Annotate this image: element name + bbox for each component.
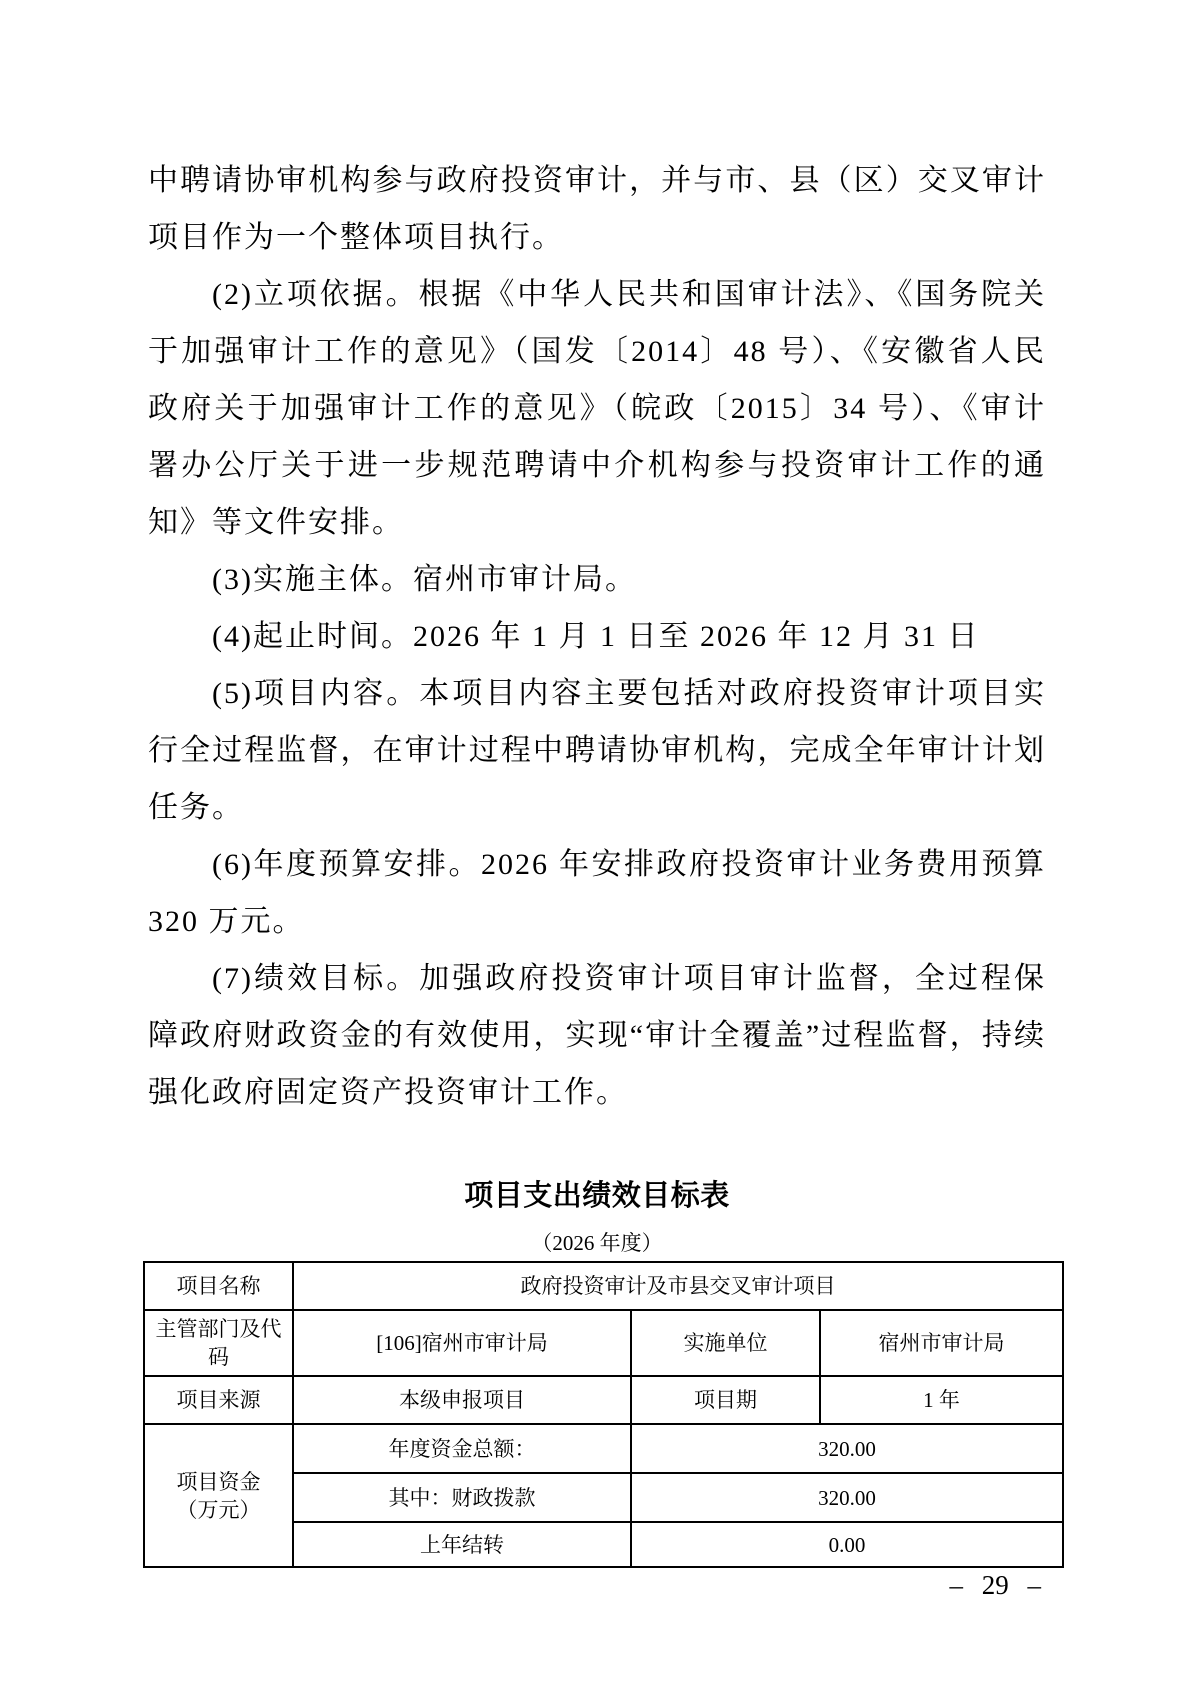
body-paragraph: (2)立项依据。根据《中华人民共和国审计法》、《国务院关于加强审计工作的意见》（… xyxy=(148,266,1046,551)
project-source-label: 项目来源 xyxy=(144,1376,293,1424)
body-paragraph: (5)项目内容。本项目内容主要包括对政府投资审计项目实行全过程监督，在审计过程中… xyxy=(148,665,1046,836)
page-number: – 29 – xyxy=(950,1570,1042,1600)
impl-unit-value: 宿州市审计局 xyxy=(820,1310,1063,1376)
body-text: 中聘请协审机构参与政府投资审计，并与市、县（区）交叉审计项目作为一个整体项目执行… xyxy=(148,152,1046,1568)
body-paragraph: (7)绩效目标。加强政府投资审计项目审计监督，全过程保障政府财政资金的有效使用，… xyxy=(148,950,1046,1121)
carryover-label: 上年结转 xyxy=(293,1522,631,1567)
body-paragraph: (4)起止时间。2026 年 1 月 1 日至 2026 年 12 月 31 日 xyxy=(148,608,1046,665)
fiscal-allocation-value: 320.00 xyxy=(631,1473,1063,1522)
project-period-label: 项目期 xyxy=(631,1376,820,1424)
dept-code-label: 主管部门及代码 xyxy=(144,1310,293,1376)
project-period-value: 1 年 xyxy=(820,1376,1063,1424)
table-row-source: 项目来源 本级申报项目 项目期 1 年 xyxy=(144,1376,1063,1424)
document-page: 中聘请协审机构参与政府投资审计，并与市、县（区）交叉审计项目作为一个整体项目执行… xyxy=(0,0,1190,1683)
table-row-project-name: 项目名称 政府投资审计及市县交叉审计项目 xyxy=(144,1262,1063,1310)
carryover-value: 0.00 xyxy=(631,1522,1063,1567)
table-title: 项目支出绩效目标表 xyxy=(148,1174,1046,1218)
table-subtitle: （2026 年度） xyxy=(148,1228,1046,1258)
funds-label-line2: （万元） xyxy=(155,1496,282,1524)
table-row-total-funds: 项目资金 （万元） 年度资金总额： 320.00 xyxy=(144,1424,1063,1473)
fiscal-allocation-label: 其中：财政拨款 xyxy=(293,1473,631,1522)
impl-unit-label: 实施单位 xyxy=(631,1310,820,1376)
project-name-value: 政府投资审计及市县交叉审计项目 xyxy=(293,1262,1063,1310)
body-paragraph: 中聘请协审机构参与政府投资审计，并与市、县（区）交叉审计项目作为一个整体项目执行… xyxy=(148,152,1046,266)
funds-total-value: 320.00 xyxy=(631,1424,1063,1473)
funds-label-line1: 项目资金 xyxy=(155,1468,282,1496)
table-row-dept: 主管部门及代码 [106]宿州市审计局 实施单位 宿州市审计局 xyxy=(144,1310,1063,1376)
funds-total-label: 年度资金总额： xyxy=(293,1424,631,1473)
body-paragraph: (6)年度预算安排。2026 年安排政府投资审计业务费用预算 320 万元。 xyxy=(148,836,1046,950)
performance-target-table: 项目名称 政府投资审计及市县交叉审计项目 主管部门及代码 [106]宿州市审计局… xyxy=(143,1261,1064,1568)
dept-code-value: [106]宿州市审计局 xyxy=(293,1310,631,1376)
body-paragraph: (3)实施主体。宿州市审计局。 xyxy=(148,551,1046,608)
project-name-label: 项目名称 xyxy=(144,1262,293,1310)
project-source-value: 本级申报项目 xyxy=(293,1376,631,1424)
funds-label: 项目资金 （万元） xyxy=(144,1424,293,1567)
